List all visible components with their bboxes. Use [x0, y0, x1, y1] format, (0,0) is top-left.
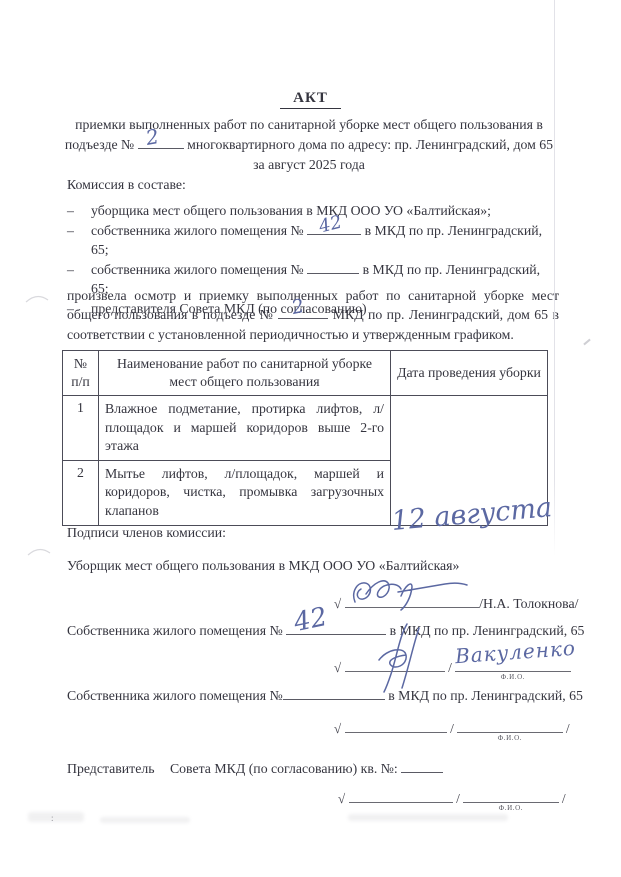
check-mark: √ [334, 660, 341, 676]
owner1-apartment-blank: 42 [286, 621, 386, 635]
header-date: Дата проведения уборки [391, 351, 548, 396]
signature-line: Вакуленко Ф.И.О. [455, 656, 571, 672]
cleaning-date-handwriting: 12 августа [390, 492, 553, 537]
slash-separator: / [447, 721, 457, 737]
scan-smudge [100, 817, 190, 823]
scanned-act-document: АКТ приемки выполненных работ по санитар… [0, 0, 621, 877]
entrance-number-blank: 2 [138, 135, 184, 149]
intro-line2-pre: подъезде № [65, 137, 134, 152]
fio-label: Ф.И.О. [463, 804, 559, 812]
owner2-apartment-blank-empty [283, 686, 385, 700]
table-header-row: № п/п Наименование работ по санитарной у… [63, 351, 548, 396]
signature-scribble-tolokonova [349, 570, 471, 612]
member-text: собственника жилого помещения № 42 в МКД… [91, 221, 559, 260]
check-mark: √ [334, 721, 341, 737]
list-dash: – [67, 221, 91, 260]
list-item: – уборщика мест общего пользования в МКД… [67, 201, 559, 221]
end-slash: / [563, 721, 573, 737]
signature-row-owner1: √/ Вакуленко Ф.И.О. [334, 656, 571, 676]
signer-label-cleaner: Уборщик мест общего пользования в МКД ОО… [67, 558, 459, 574]
signature-line [345, 656, 445, 672]
row2-work: Мытье лифтов, л/площадок, маршей и корид… [99, 460, 391, 525]
signature-row-cleaner: √/Н.А. Толокнова/ [334, 592, 578, 612]
scan-fold-line [554, 0, 555, 556]
check-mark: √ [334, 596, 341, 612]
document-title-text: АКТ [280, 90, 341, 109]
entrance-number-blank-2: 2 [278, 305, 328, 319]
handwritten-name-vakulenko: Вакуленко [454, 636, 576, 668]
document-title: АКТ [0, 90, 621, 109]
scan-speck: : [51, 813, 54, 823]
list-dash: – [67, 201, 91, 221]
signature-row-representative: √/Ф.И.О./ [338, 787, 569, 807]
scan-pencil-arc-1 [24, 292, 50, 304]
owner1-apartment-handwriting: 42 [291, 602, 330, 638]
signatures-heading: Подписи членов комиссии: [67, 525, 226, 541]
signature-line [349, 787, 453, 803]
header-num: № п/п [63, 351, 99, 396]
scan-smudge [28, 812, 84, 822]
signature-line [345, 717, 447, 733]
intro-line3: за август 2025 года [253, 157, 365, 172]
signer-label-owner2: Собственника жилого помещения № в МКД по… [67, 686, 583, 704]
scan-smudge [348, 814, 508, 821]
signature-line [345, 592, 479, 608]
row2-num: 2 [63, 460, 99, 525]
works-table: № п/п Наименование работ по санитарной у… [62, 350, 548, 526]
intro-line1: приемки выполненных работ по санитарной … [75, 117, 543, 132]
signer-label-representative: Представитель Совета МКД (по согласовани… [67, 759, 443, 777]
signer-label-owner1: Собственника жилого помещения № 42 в МКД… [67, 621, 584, 639]
signature-line: Ф.И.О. [457, 717, 563, 733]
slash-separator: / [445, 660, 455, 676]
acceptance-paragraph: произвела осмотр и приемку выполненных р… [67, 286, 559, 344]
fio-label: Ф.И.О. [455, 673, 571, 681]
list-item: – собственника жилого помещения № 42 в М… [67, 221, 559, 260]
apartment-number-blank-empty [307, 260, 359, 274]
intro-line2-post: многоквартирного дома по адресу: пр. Лен… [187, 137, 553, 152]
signature-line: Ф.И.О. [463, 787, 559, 803]
signature-row-owner2: √/Ф.И.О./ [334, 717, 573, 737]
representative-apartment-blank [401, 759, 443, 773]
commission-heading: Комиссия в составе: [67, 177, 186, 193]
typed-name-tolokonova: /Н.А. Толокнова/ [479, 596, 578, 611]
check-mark: √ [338, 791, 345, 807]
table-row: 1 Влажное подметание, протирка лифтов, л… [63, 396, 548, 461]
row1-work: Влажное подметание, протирка лифтов, л/п… [99, 396, 391, 461]
row1-num: 1 [63, 396, 99, 461]
intro-paragraph: приемки выполненных работ по санитарной … [62, 115, 556, 175]
header-work: Наименование работ по санитарной уборке … [99, 351, 391, 396]
scan-tick-mark [583, 339, 590, 346]
apartment-number-blank: 42 [307, 221, 361, 235]
date-cell: 12 августа [391, 396, 548, 526]
fio-label: Ф.И.О. [457, 734, 563, 742]
slash-separator: / [453, 791, 463, 807]
member-text: уборщика мест общего пользования в МКД О… [91, 201, 491, 221]
scan-pencil-arc-2 [26, 545, 52, 557]
end-slash: / [559, 791, 569, 807]
